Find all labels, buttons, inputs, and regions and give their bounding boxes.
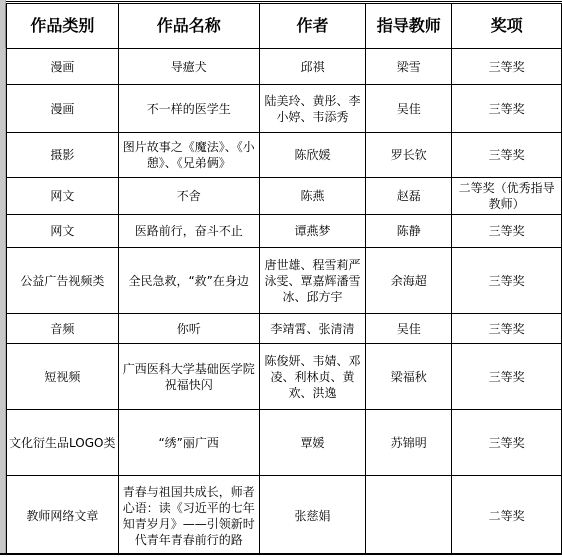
cell-teacher[interactable]: 陈静 (366, 215, 452, 248)
cell-category[interactable]: 教师网络文章 (7, 476, 119, 556)
cell-teacher[interactable]: 梁福秋 (366, 344, 452, 410)
cell-title[interactable]: 图片故事之《魔法》、《小憩》、《兄弟俩》 (118, 133, 259, 178)
cell-award[interactable]: 三等奖 (452, 410, 562, 476)
cell-award[interactable]: 三等奖 (452, 85, 562, 133)
table-row: 公益广告视频类 全民急救，“救”在身边 唐世雄、程雪莉严泳雯、覃嘉辉潘雪冰、邱方… (7, 248, 562, 314)
table-row: 文化衍生品LOGO类 “绣”丽广西 覃媛 苏锦明 三等奖 (7, 410, 562, 476)
cell-author[interactable]: 覃媛 (259, 410, 366, 476)
cell-award[interactable]: 三等奖 (452, 248, 562, 314)
cell-category[interactable]: 短视频 (7, 344, 119, 410)
cell-teacher[interactable]: 余海超 (366, 248, 452, 314)
header-title[interactable]: 作品名称 (118, 4, 259, 49)
table-row: 网文 医路前行，奋斗不止 谭燕梦 陈静 三等奖 (7, 215, 562, 248)
cell-award[interactable]: 三等奖 (452, 344, 562, 410)
cell-title[interactable]: 医路前行，奋斗不止 (118, 215, 259, 248)
table-row: 短视频 广西医科大学基础医学院祝福快闪 陈俊妍、韦婧、邓凌、利林贞、黄欢、洪逸 … (7, 344, 562, 410)
awards-table: 作品类别 作品名称 作者 指导教师 奖项 漫画 导癔犬 邱祺 梁雪 三等奖 漫画… (6, 3, 562, 556)
cell-teacher[interactable]: 赵磊 (366, 178, 452, 215)
cell-teacher[interactable]: 苏锦明 (366, 410, 452, 476)
cell-author[interactable]: 邱祺 (259, 49, 366, 85)
cell-author[interactable]: 陈燕 (259, 178, 366, 215)
cell-award[interactable]: 三等奖 (452, 215, 562, 248)
table-row: 漫画 不一样的医学生 陆美玲、黄彤、李小婷、韦添秀 吴佳 三等奖 (7, 85, 562, 133)
cell-title[interactable]: “绣”丽广西 (118, 410, 259, 476)
bottom-border (0, 553, 562, 557)
cell-title[interactable]: 你听 (118, 314, 259, 344)
cell-author[interactable]: 张慈娟 (259, 476, 366, 556)
cell-author[interactable]: 李靖霄、张清清 (259, 314, 366, 344)
cell-teacher[interactable]: 梁雪 (366, 49, 452, 85)
table-row: 音频 你听 李靖霄、张清清 吴佳 三等奖 (7, 314, 562, 344)
header-author[interactable]: 作者 (259, 4, 366, 49)
cell-award[interactable]: 三等奖 (452, 314, 562, 344)
cell-title[interactable]: 导癔犬 (118, 49, 259, 85)
cell-award[interactable]: 三等奖 (452, 133, 562, 178)
table-row: 摄影 图片故事之《魔法》、《小憩》、《兄弟俩》 陈欣媛 罗长钦 三等奖 (7, 133, 562, 178)
cell-award[interactable]: 二等奖（优秀指导教师） (452, 178, 562, 215)
header-category[interactable]: 作品类别 (7, 4, 119, 49)
cell-author[interactable]: 谭燕梦 (259, 215, 366, 248)
cell-title[interactable]: 不一样的医学生 (118, 85, 259, 133)
cell-title[interactable]: 全民急救，“救”在身边 (118, 248, 259, 314)
cell-category[interactable]: 音频 (7, 314, 119, 344)
cell-author[interactable]: 陈欣媛 (259, 133, 366, 178)
cell-category[interactable]: 摄影 (7, 133, 119, 178)
cell-category[interactable]: 网文 (7, 178, 119, 215)
cell-author[interactable]: 陈俊妍、韦婧、邓凌、利林贞、黄欢、洪逸 (259, 344, 366, 410)
table-row: 网文 不舍 陈燕 赵磊 二等奖（优秀指导教师） (7, 178, 562, 215)
header-teacher[interactable]: 指导教师 (366, 4, 452, 49)
cell-category[interactable]: 网文 (7, 215, 119, 248)
table-row: 教师网络文章 青春与祖国共成长，师者心语：读《习近平的七年知青岁月》——引领新时… (7, 476, 562, 556)
header-award[interactable]: 奖项 (452, 4, 562, 49)
cell-teacher[interactable]: 吴佳 (366, 314, 452, 344)
cell-category[interactable]: 漫画 (7, 85, 119, 133)
cell-award[interactable]: 二等奖 (452, 476, 562, 556)
cell-category[interactable]: 文化衍生品LOGO类 (7, 410, 119, 476)
cell-category[interactable]: 公益广告视频类 (7, 248, 119, 314)
cell-category[interactable]: 漫画 (7, 49, 119, 85)
cell-teacher[interactable] (366, 476, 452, 556)
top-border (6, 1, 562, 2)
table-row: 漫画 导癔犬 邱祺 梁雪 三等奖 (7, 49, 562, 85)
cell-title[interactable]: 不舍 (118, 178, 259, 215)
cell-award[interactable]: 三等奖 (452, 49, 562, 85)
cell-title[interactable]: 广西医科大学基础医学院祝福快闪 (118, 344, 259, 410)
header-row: 作品类别 作品名称 作者 指导教师 奖项 (7, 4, 562, 49)
cell-author[interactable]: 陆美玲、黄彤、李小婷、韦添秀 (259, 85, 366, 133)
cell-author[interactable]: 唐世雄、程雪莉严泳雯、覃嘉辉潘雪冰、邱方宇 (259, 248, 366, 314)
cell-teacher[interactable]: 吴佳 (366, 85, 452, 133)
cell-teacher[interactable]: 罗长钦 (366, 133, 452, 178)
cell-title[interactable]: 青春与祖国共成长，师者心语：读《习近平的七年知青岁月》——引领新时代青年青春前行… (118, 476, 259, 556)
